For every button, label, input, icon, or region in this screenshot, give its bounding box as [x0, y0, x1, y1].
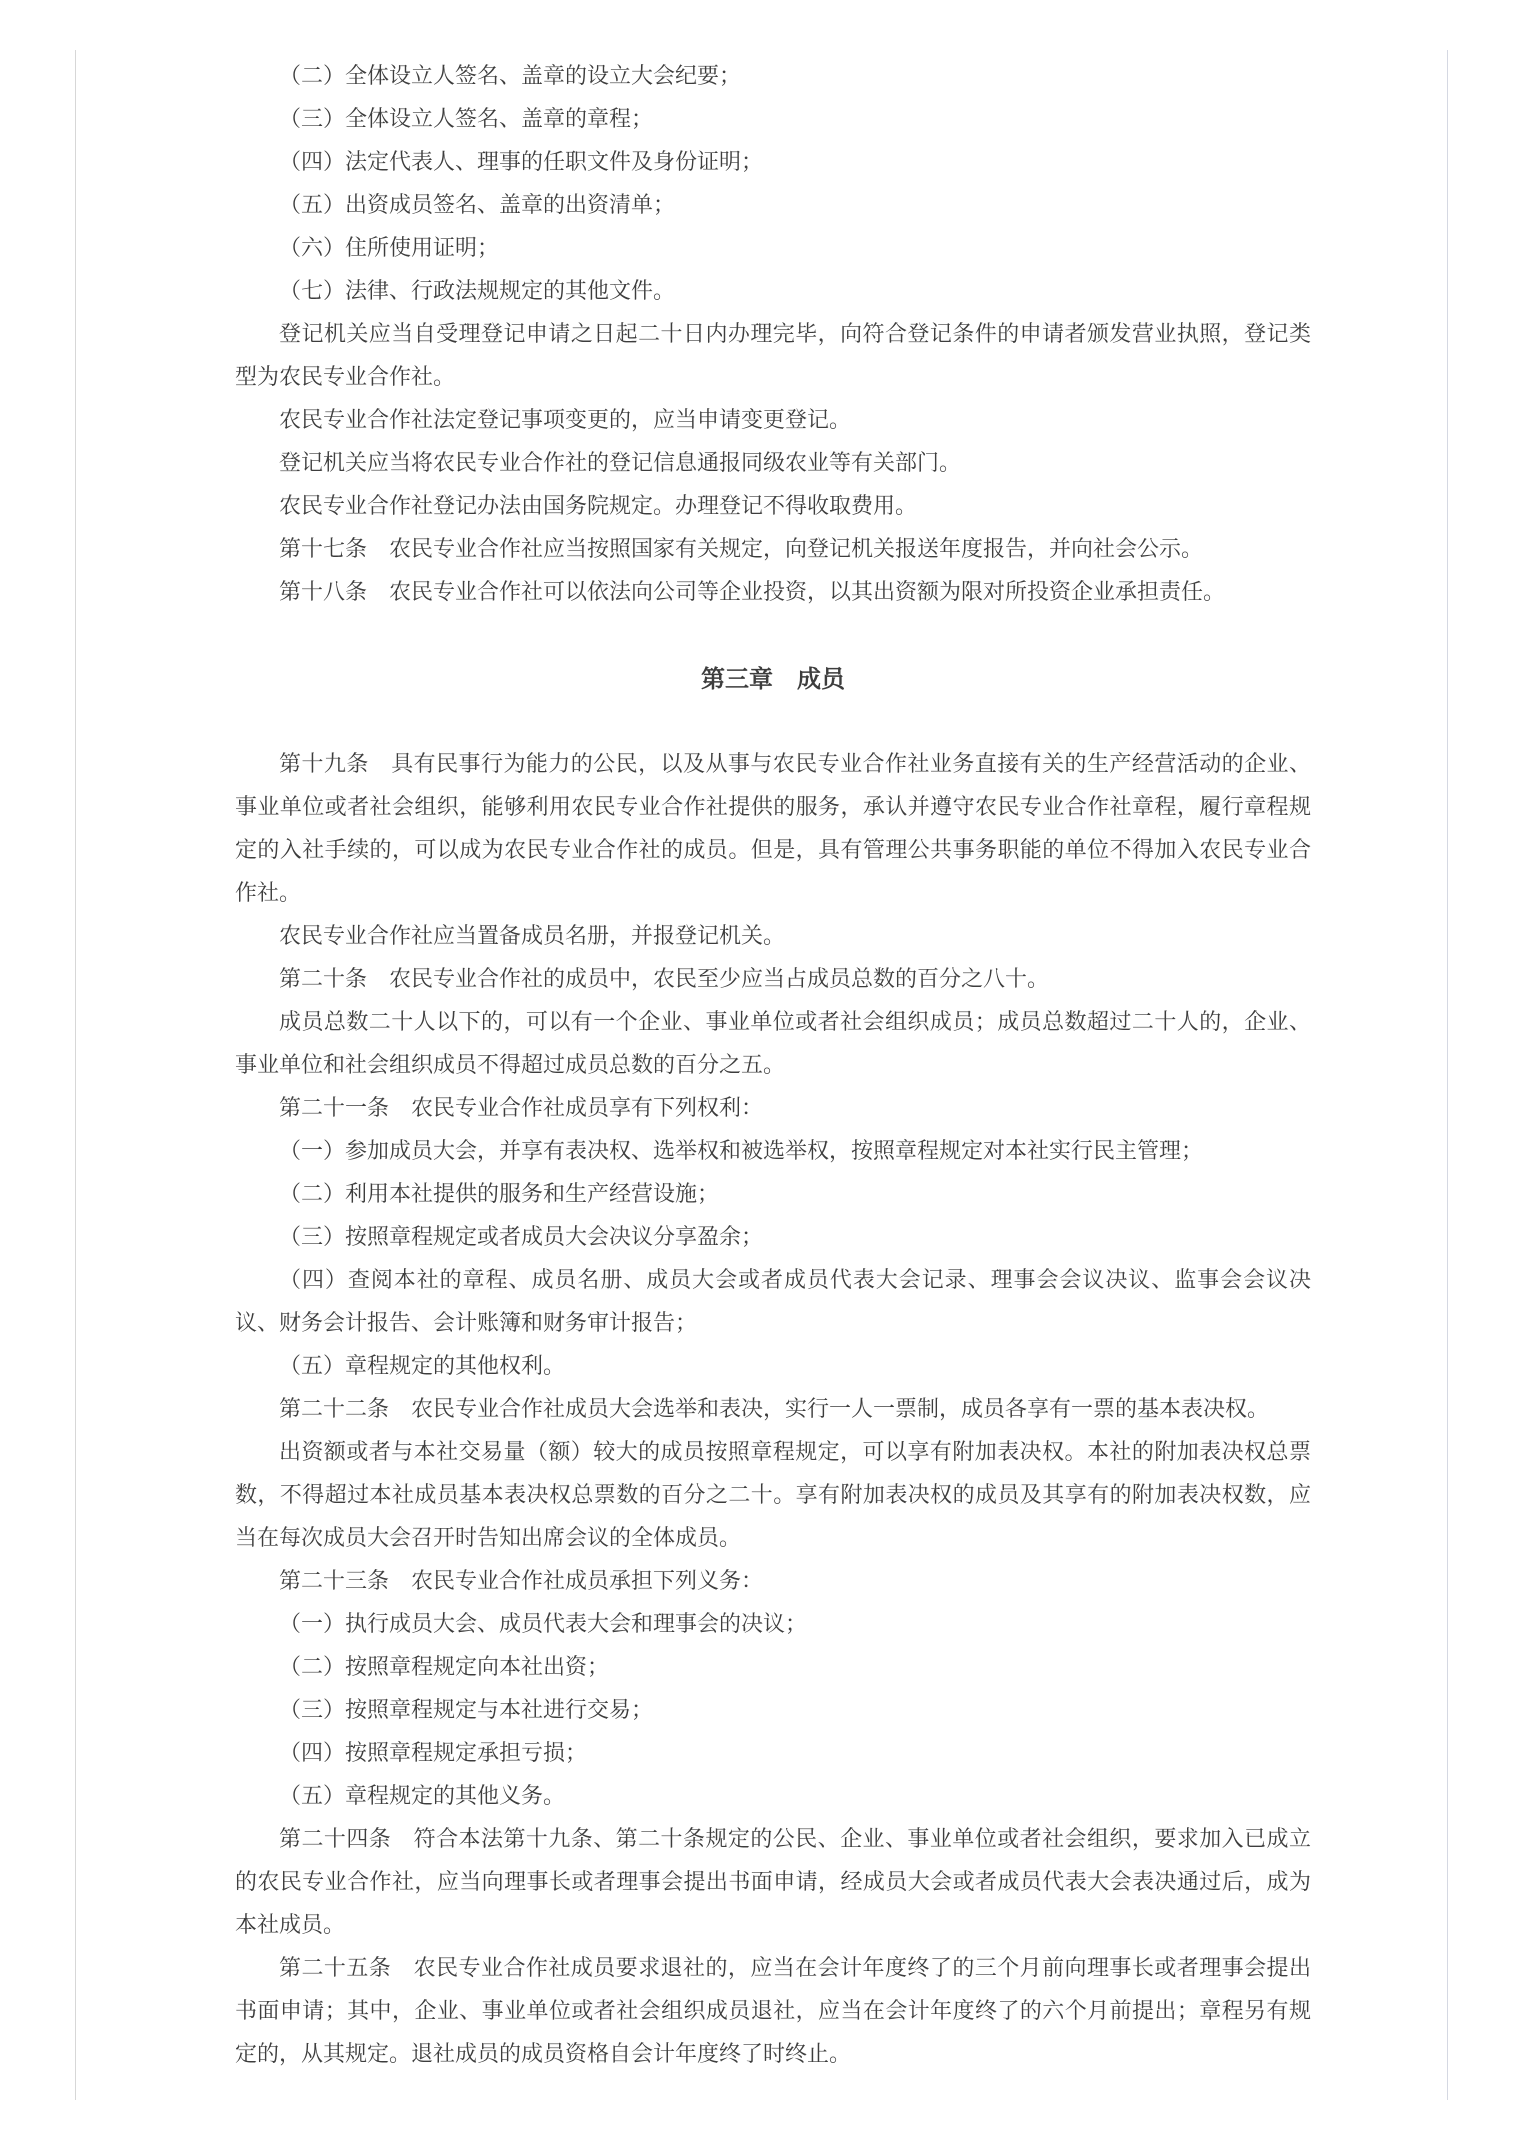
document-page: （二）全体设立人签名、盖章的设立大会纪要；（三）全体设立人签名、盖章的章程；（四… — [75, 50, 1448, 2100]
list-item: （二）按照章程规定向本社出资； — [235, 1646, 1311, 1689]
paragraph: 农民专业合作社登记办法由国务院规定。办理登记不得收取费用。 — [235, 485, 1311, 528]
list-item: （六）住所使用证明； — [235, 227, 1311, 270]
paragraph: 成员总数二十人以下的，可以有一个企业、事业单位或者社会组织成员；成员总数超过二十… — [235, 1001, 1311, 1087]
list-item: （一）执行成员大会、成员代表大会和理事会的决议； — [235, 1603, 1311, 1646]
article: 第二十三条 农民专业合作社成员承担下列义务： — [235, 1560, 1311, 1603]
list-item: （五）章程规定的其他权利。 — [235, 1345, 1311, 1388]
list-item: （四）按照章程规定承担亏损； — [235, 1732, 1311, 1775]
list-item: （二）利用本社提供的服务和生产经营设施； — [235, 1173, 1311, 1216]
list-item: （四）法定代表人、理事的任职文件及身份证明； — [235, 141, 1311, 184]
article: 第二十条 农民专业合作社的成员中，农民至少应当占成员总数的百分之八十。 — [235, 958, 1311, 1001]
list-item: （七）法律、行政法规规定的其他文件。 — [235, 270, 1311, 313]
article: 第十八条 农民专业合作社可以依法向公司等企业投资，以其出资额为限对所投资企业承担… — [235, 571, 1311, 614]
list-item: （五）章程规定的其他义务。 — [235, 1775, 1311, 1818]
list-item: （二）全体设立人签名、盖章的设立大会纪要； — [235, 55, 1311, 98]
paragraph: 农民专业合作社法定登记事项变更的，应当申请变更登记。 — [235, 399, 1311, 442]
list-item: （五）出资成员签名、盖章的出资清单； — [235, 184, 1311, 227]
paragraph: 农民专业合作社应当置备成员名册，并报登记机关。 — [235, 915, 1311, 958]
list-item: （三）按照章程规定与本社进行交易； — [235, 1689, 1311, 1732]
list-item: （三）按照章程规定或者成员大会决议分享盈余； — [235, 1216, 1311, 1259]
chapter-heading: 第三章 成员 — [235, 657, 1311, 700]
paragraph: 登记机关应当将农民专业合作社的登记信息通报同级农业等有关部门。 — [235, 442, 1311, 485]
article: 第二十五条 农民专业合作社成员要求退社的，应当在会计年度终了的三个月前向理事长或… — [235, 1947, 1311, 2076]
paragraph: 出资额或者与本社交易量（额）较大的成员按照章程规定，可以享有附加表决权。本社的附… — [235, 1431, 1311, 1560]
list-item: （一）参加成员大会，并享有表决权、选举权和被选举权，按照章程规定对本社实行民主管… — [235, 1130, 1311, 1173]
article: 第二十四条 符合本法第十九条、第二十条规定的公民、企业、事业单位或者社会组织，要… — [235, 1818, 1311, 1947]
article: 第十九条 具有民事行为能力的公民，以及从事与农民专业合作社业务直接有关的生产经营… — [235, 743, 1311, 915]
article: 第二十一条 农民专业合作社成员享有下列权利： — [235, 1087, 1311, 1130]
article: 第十七条 农民专业合作社应当按照国家有关规定，向登记机关报送年度报告，并向社会公… — [235, 528, 1311, 571]
paragraph: 登记机关应当自受理登记申请之日起二十日内办理完毕，向符合登记条件的申请者颁发营业… — [235, 313, 1311, 399]
list-item: （三）全体设立人签名、盖章的章程； — [235, 98, 1311, 141]
list-item: （四）查阅本社的章程、成员名册、成员大会或者成员代表大会记录、理事会会议决议、监… — [235, 1259, 1311, 1345]
article: 第二十二条 农民专业合作社成员大会选举和表决，实行一人一票制，成员各享有一票的基… — [235, 1388, 1311, 1431]
